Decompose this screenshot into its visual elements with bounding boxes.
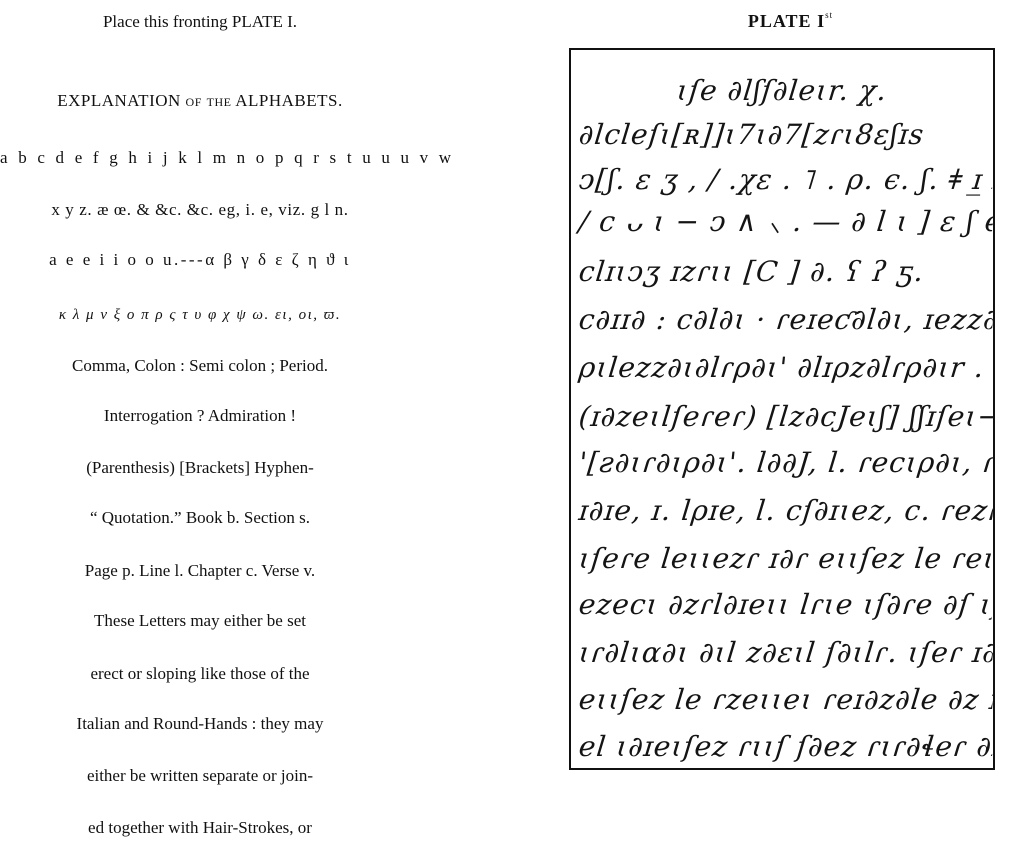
body-line-1: These Letters may either be set xyxy=(0,611,400,631)
shorthand-line-1: ɩſe ∂lʃſ∂leɩr. χ. xyxy=(569,74,995,108)
body-line-1-text: These Letters may either be set xyxy=(94,611,306,630)
alphabet-line-2: x y z. æ œ. & &c. &c. eg, i. e, viz. g l… xyxy=(0,200,400,220)
alphabet-line-2-text: x y z. æ œ. & &c. &c. eg, i. e, viz. g l… xyxy=(51,200,348,219)
alphabet-line-1: a b c d e f g h i j k l m n o p q r s t … xyxy=(0,148,400,168)
body-line-3: Italian and Round-Hands : they may xyxy=(0,714,400,734)
abbreviation-line-1-text: “ Quotation.” Book b. Section s. xyxy=(90,508,310,527)
greek-line: κ λ μ ν ξ ο π ρ ς τ υ φ χ ψ ω. ει, οι, ϖ… xyxy=(0,305,400,325)
body-line-4: either be written separate or join- xyxy=(0,766,400,786)
punctuation-line-3-text: (Parenthesis) [Brackets] Hyphen- xyxy=(86,458,314,477)
shorthand-line-4: / c ᴗ ɩ − ↄ ∧ ⸜ . — ∂ l ɩ ] ɛ ʃ e ) ɩ xyxy=(569,205,995,239)
body-line-2: erect or sloping like those of the xyxy=(0,664,400,684)
abbreviation-line-2-text: Page p. Line l. Chapter c. Verse v. xyxy=(85,561,315,580)
left-page-explanation: Place this fronting PLATE I. EXPLANATION… xyxy=(0,0,400,849)
plate-title: PLATE Ist xyxy=(560,10,1021,32)
punctuation-line-2: Interrogation ? Admiration ! xyxy=(0,406,400,426)
plate-title-superscript: st xyxy=(825,10,833,20)
alphabet-line-1-text: a b c d e f g h i j k l m n o p q r s t … xyxy=(0,148,454,167)
body-line-4-text: either be written separate or join- xyxy=(87,766,313,785)
shorthand-line-11: ɩſeɾe leɩɩezɾ ɪ∂ɾ eɩɩſez le ɾeɩ xyxy=(569,542,995,576)
shorthand-line-3: ↄ[ʃ. ɛ ʒ , / .χɛ . ˥ . ρ. ϵ. ʃ. ǂ ɪ̲ I. xyxy=(569,163,995,197)
page-header: Place this fronting PLATE I. xyxy=(0,12,400,32)
body-line-3-text: Italian and Round-Hands : they may xyxy=(77,714,324,733)
shorthand-line-6: c∂ɪɪ∂ : c∂l∂ɩ · ɾeɪeƈ∂l∂ɩ, ɪezz∂l. xyxy=(569,303,995,337)
shorthand-line-5: clɪɩↄʒ ɪzɾɩɩ [C ] ∂. ʕ ʔ ƽ. xyxy=(569,255,995,289)
punctuation-line-2-text: Interrogation ? Admiration ! xyxy=(104,406,296,425)
punctuation-line-1: Comma, Colon : Semi colon ; Period. xyxy=(0,356,400,376)
shorthand-line-9: '[ƨ∂ɩɾ∂ɩρ∂ɩ'. l∂∂J, l. ɾecɩρ∂ɩ, ɾ. xyxy=(569,446,995,480)
punctuation-line-3: (Parenthesis) [Brackets] Hyphen- xyxy=(0,458,400,478)
vowels-greek-line-text: a e e i i o o u.---α β γ δ ε ζ η ϑ ι xyxy=(49,250,351,269)
shorthand-line-10: ɪ∂ɪe, ɪ. lρɪe, l. cſ∂ɪɩez, c. ɾezɾe, ɩ. xyxy=(569,494,995,528)
punctuation-line-1-text: Comma, Colon : Semi colon ; Period. xyxy=(72,356,328,375)
shorthand-line-13: ɩɾ∂lɩɑ∂ɩ ∂ɩl z∂ɛɩl ſ∂ɩlɾ. ɩſeɾ ɪ∂ɾ: xyxy=(569,636,995,670)
page-header-text: Place this fronting PLATE I. xyxy=(103,12,297,31)
body-line-2-text: erect or sloping like those of the xyxy=(90,664,309,683)
shorthand-line-12: ezecɩ ∂zɾl∂ɪeɩɩ lɾɩe ɩſ∂ɾe ∂ſ ɩſe xyxy=(569,588,995,622)
body-line-5-text: ed together with Hair-Strokes, or xyxy=(88,818,312,837)
explanation-title-text: EXPLANATION of the ALPHABETS. xyxy=(57,91,343,110)
explanation-title: EXPLANATION of the ALPHABETS. xyxy=(0,91,400,111)
vowels-greek-line: a e e i i o o u.---α β γ δ ε ζ η ϑ ι xyxy=(0,250,400,270)
body-line-5: ed together with Hair-Strokes, or xyxy=(0,818,400,838)
shorthand-line-7: ρɩlezz∂ɩ∂lɾρ∂ɩ' ∂lɪρz∂lɾρ∂ɩr . xyxy=(569,351,995,385)
shorthand-line-14: eɩɩſez le ɾzeɩɩeɩ ɾeɪ∂z∂le ∂z ɪ∂ɛɩ− xyxy=(569,683,995,717)
shorthand-line-8: (ɪ∂zeɩlſeɾeɾ) [lz∂cJeɩʃ] ʃʃɪſeɩ− xyxy=(569,400,995,434)
abbreviation-line-2: Page p. Line l. Chapter c. Verse v. xyxy=(0,561,400,581)
abbreviation-line-1: “ Quotation.” Book b. Section s. xyxy=(0,508,400,528)
shorthand-line-2: ∂lcleſɩ[ʀ]]ɩ7ɩ∂7[zɾɩ8ɛʃɪs xyxy=(569,118,995,152)
plate-title-text: PLATE I xyxy=(748,11,825,31)
shorthand-plate-box: ɩſe ∂lʃſ∂leɩr. χ. ∂lcleſɩ[ʀ]]ɩ7ɩ∂7[zɾɩ8ɛ… xyxy=(569,48,995,770)
greek-line-text: κ λ μ ν ξ ο π ρ ς τ υ φ χ ψ ω. ει, οι, ϖ… xyxy=(59,307,341,323)
shorthand-line-15: el ɩ∂ɪeɩſez ɾɩɩſ ſ∂ez ɾɩɾ∂ɬeɾ ∂z xyxy=(569,730,995,764)
